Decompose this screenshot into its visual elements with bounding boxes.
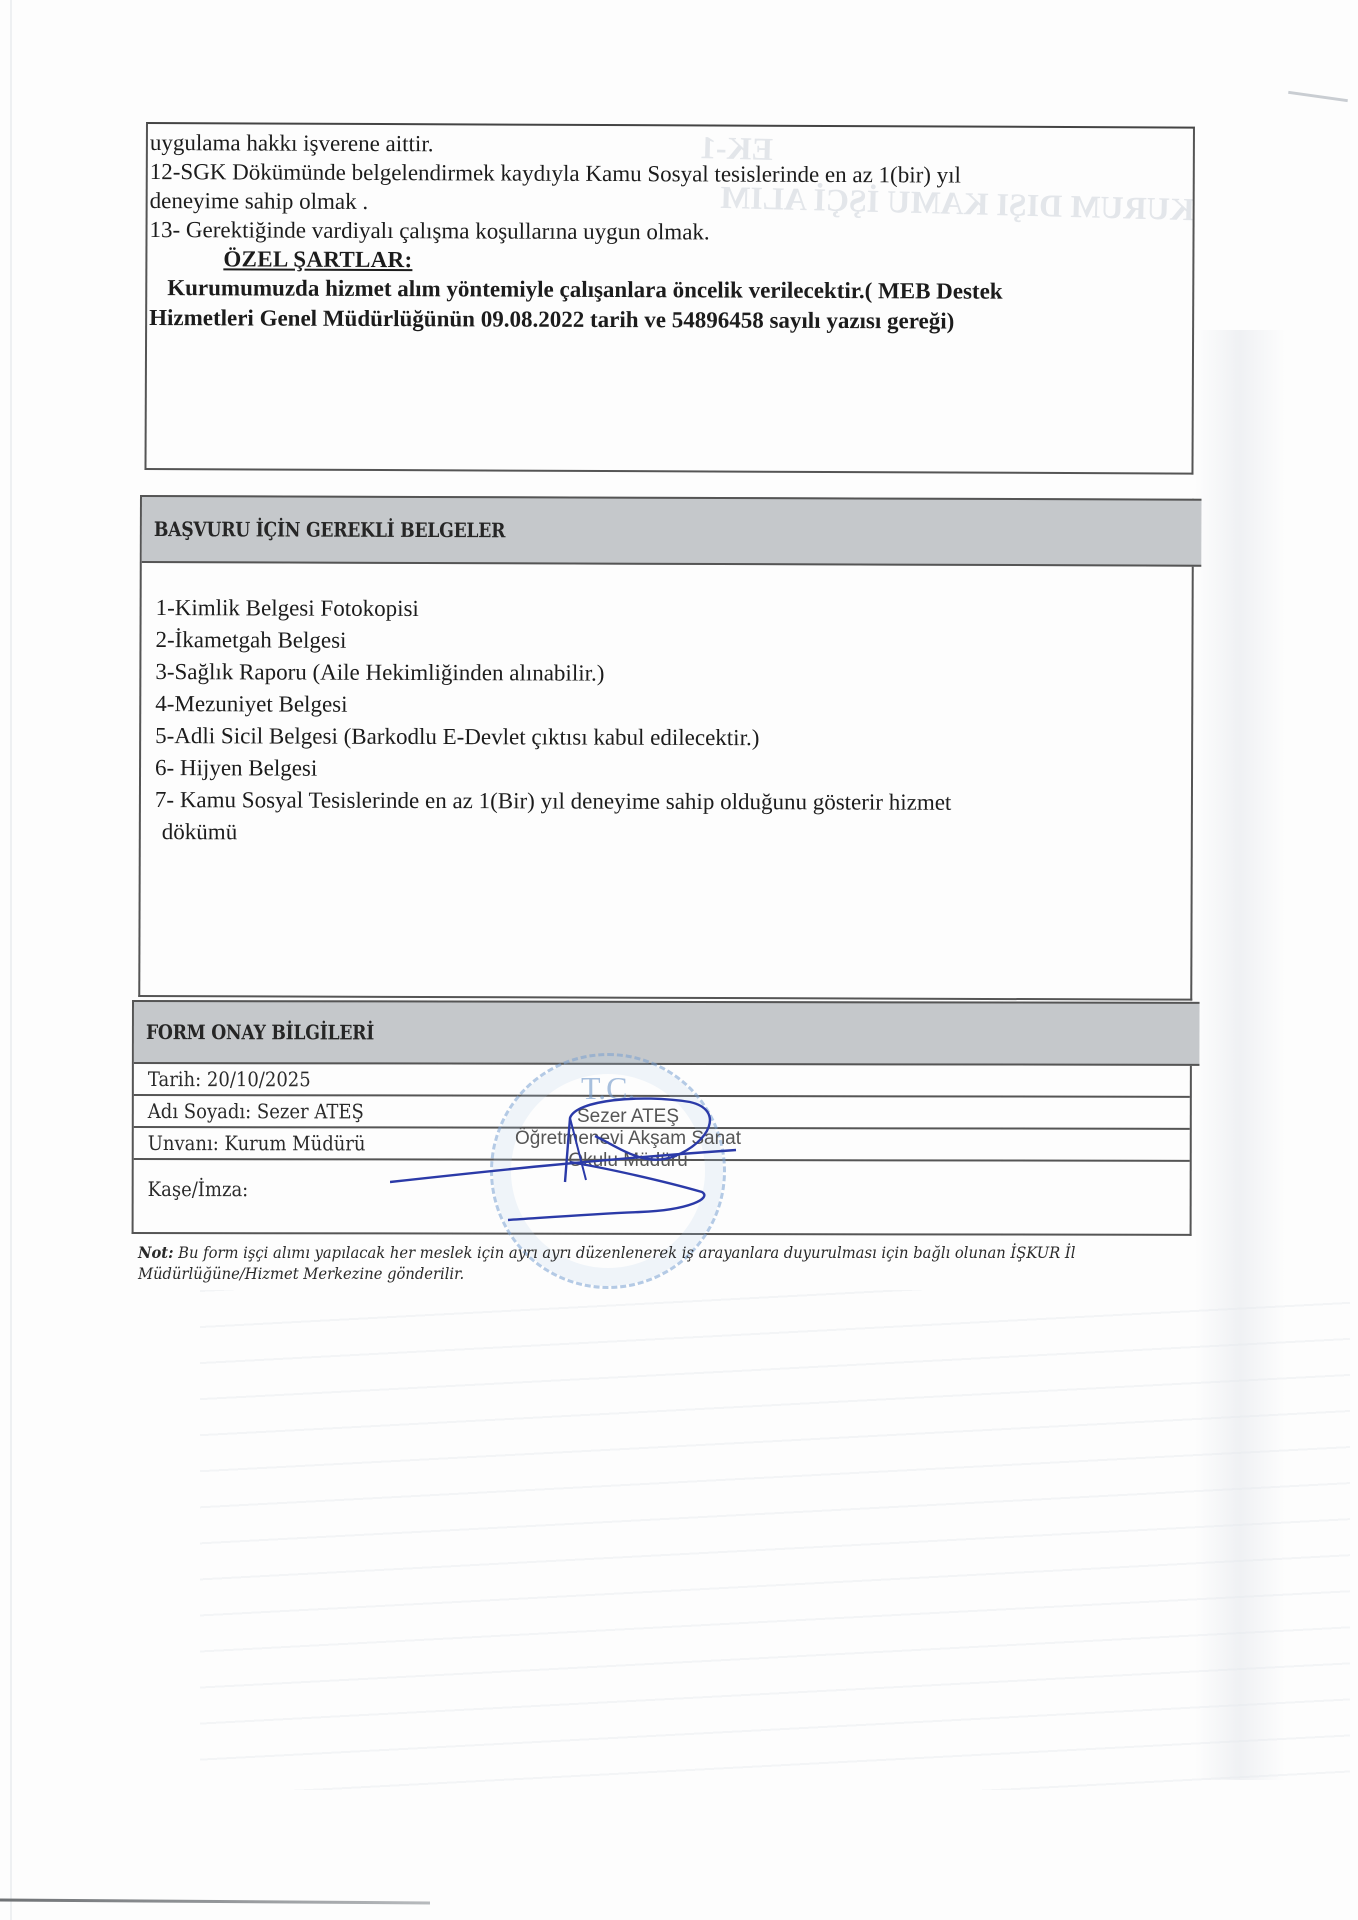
- scan-edge-left: [10, 0, 12, 1920]
- approval-signature-label: Kaşe/İmza:: [148, 1177, 249, 1201]
- required-documents-header: BAŞVURU İÇİN GEREKLİ BELGELER: [142, 495, 1202, 567]
- condition-line: deneyime sahip olmak .: [148, 186, 1193, 220]
- approval-title: Unvanı: Kurum Müdürü: [148, 1131, 366, 1155]
- form-approval-header: FORM ONAY BİLGİLERİ: [134, 1000, 1200, 1066]
- list-item: 5-Adli Sicil Belgesi (Barkodlu E-Devlet …: [155, 720, 1191, 756]
- handwritten-signature-icon: [390, 1080, 770, 1230]
- list-item: 6- Hijyen Belgesi: [155, 752, 1191, 788]
- condition-line: uygulama hakkı işverene aittir.: [148, 128, 1193, 162]
- form-note: Not: Bu form işçi alımı yapılacak her me…: [138, 1242, 1113, 1284]
- list-item-continuation: dökümü: [155, 816, 1191, 852]
- approval-date: Tarih: 20/10/2025: [148, 1067, 311, 1091]
- list-item: 4-Mezuniyet Belgesi: [155, 688, 1191, 724]
- list-item: 7- Kamu Sosyal Tesislerinde en az 1(Bir)…: [155, 784, 1191, 820]
- bleed-through-block: [200, 1290, 1350, 1790]
- list-item: 2-İkametgah Belgesi: [155, 624, 1191, 660]
- required-documents-box: BAŞVURU İÇİN GEREKLİ BELGELER 1-Kimlik B…: [138, 495, 1194, 1001]
- conditions-box: uygulama hakkı işverene aittir. 12-SGK D…: [144, 122, 1195, 475]
- special-conditions-line: Hizmetleri Genel Müdürlüğünün 09.08.2022…: [149, 303, 1192, 338]
- condition-line: 12-SGK Dökümünde belgelendirmek kaydıyla…: [148, 157, 1193, 191]
- note-label: Not:: [138, 1243, 174, 1262]
- scan-edge-mark: [0, 1898, 430, 1904]
- required-documents-list: 1-Kimlik Belgesi Fotokopisi 2-İkametgah …: [141, 592, 1192, 852]
- approval-name: Adı Soyadı: Sezer ATEŞ: [148, 1099, 364, 1123]
- scan-edge-mark: [1288, 91, 1348, 102]
- special-conditions-text: Kurumumuzda hizmet alım yöntemiyle çalış…: [147, 273, 1192, 338]
- special-conditions-line: Kurumumuzda hizmet alım yöntemiyle çalış…: [167, 273, 1192, 307]
- list-item: 3-Sağlık Raporu (Aile Hekimliğinden alın…: [155, 656, 1191, 692]
- note-text: Bu form işçi alımı yapılacak her meslek …: [138, 1243, 1075, 1283]
- list-item: 1-Kimlik Belgesi Fotokopisi: [156, 592, 1192, 628]
- special-conditions-title: ÖZEL ŞARTLAR:: [223, 244, 1192, 277]
- condition-line: 13- Gerektiğinde vardiyalı çalışma koşul…: [147, 215, 1192, 249]
- bleed-through-block: [1195, 330, 1285, 1780]
